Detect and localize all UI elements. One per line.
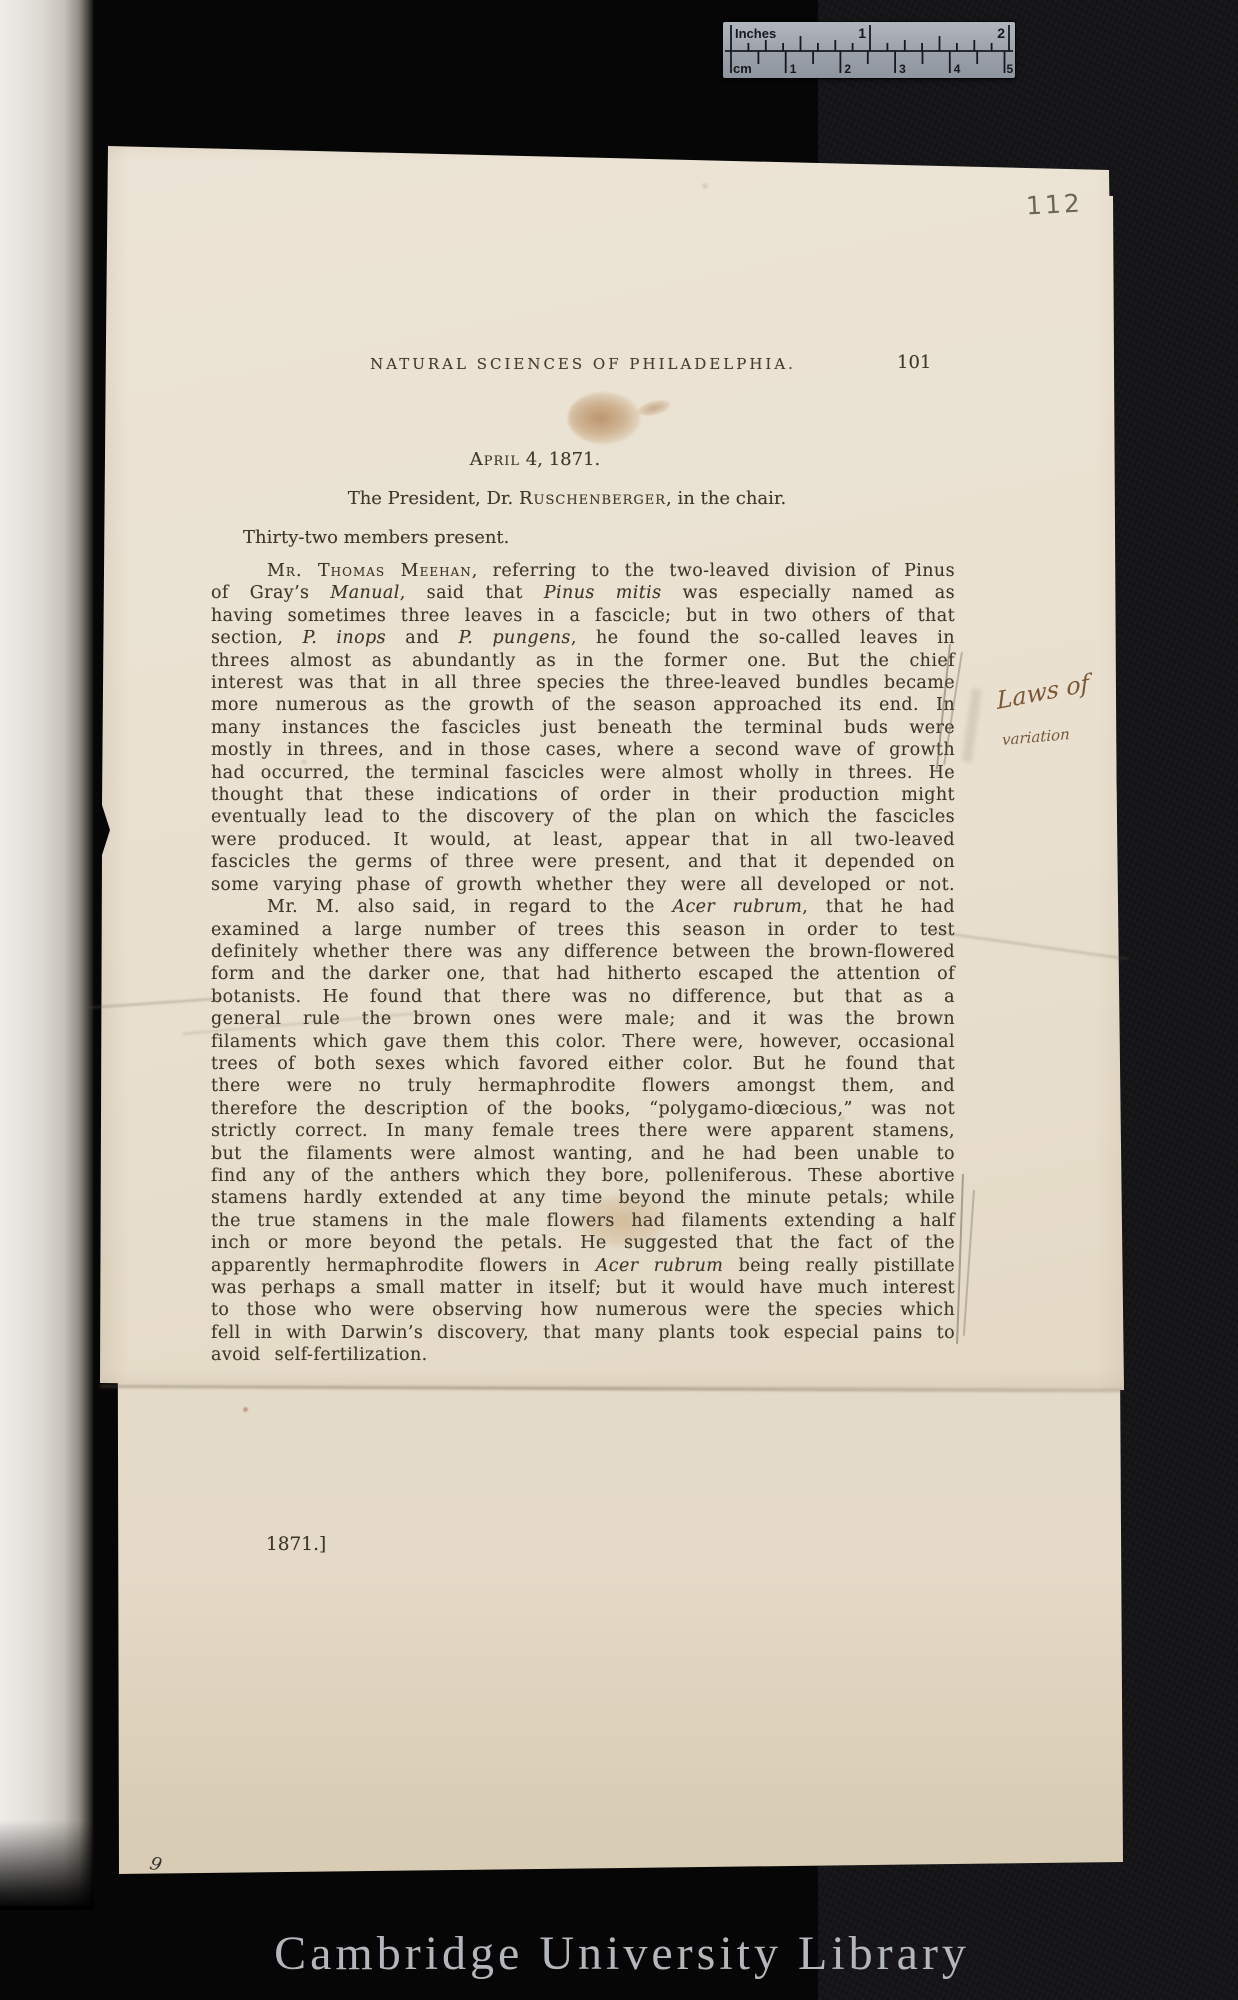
chair-line: The President, Dr. Ruschenberger, in the…	[195, 488, 939, 509]
pencil-folio-number: 112	[1025, 189, 1083, 221]
ruler-cm-2: 2	[844, 62, 851, 76]
scan-stage: NATURAL SCIENCES OF PHILADELPHIA. 101 Ap…	[0, 0, 1238, 2000]
ruler-inch-2: 2	[997, 25, 1005, 41]
page-number: 101	[897, 352, 931, 373]
body-text-column: Mr. Thomas Meehan, referring to the two-…	[211, 560, 955, 1367]
paragraph-acer-rubrum: Mr. M. also said, in regard to the Acer …	[211, 896, 955, 1367]
ruler-inches-label: Inches	[735, 26, 776, 41]
meeting-date-heading: April 4, 1871.	[163, 449, 907, 470]
paragraph-pinus: Mr. Thomas Meehan, referring to the two-…	[211, 560, 955, 896]
ruler-cm-3: 3	[899, 62, 906, 76]
ruler-cm-5: 5	[1007, 62, 1014, 76]
running-header: NATURAL SCIENCES OF PHILADELPHIA.	[211, 355, 955, 373]
ruler-cm-1: 1	[790, 62, 797, 76]
signature-mark: 1871.]	[266, 1534, 326, 1555]
ruler-inch-1: 1	[858, 25, 866, 41]
measurement-ruler: Inches 1 2 cm 1 2 3 4 5	[723, 22, 1015, 78]
ruler-scale-graphic: Inches 1 2 cm 1 2 3 4 5	[723, 22, 1015, 78]
book-spine-edge	[0, 0, 94, 1906]
library-watermark: Cambridge University Library	[274, 1926, 970, 1981]
attendance-line: Thirty-two members present.	[243, 527, 509, 548]
ruler-cm-4: 4	[954, 62, 961, 76]
book-spine-edge-shadow	[0, 1820, 94, 1910]
ruler-cm-label: cm	[733, 61, 752, 76]
